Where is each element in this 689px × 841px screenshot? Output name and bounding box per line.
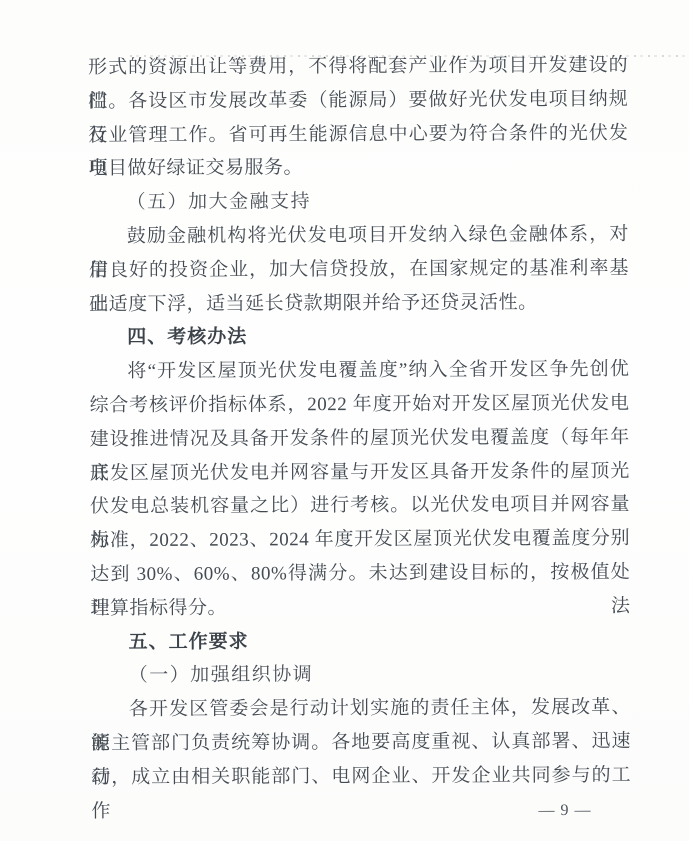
text-line: 各开发区管委会是行动计划实施的责任主体，发展改革、能 bbox=[91, 691, 631, 727]
text-line: 源主管部门负责统筹协调。各地要高度重视、认真部署、迅速行 bbox=[91, 725, 631, 761]
section-heading: 五、工作要求 bbox=[91, 623, 631, 659]
text-line: 用良好的投资企业，加大信贷投放，在国家规定的基准利率基础 bbox=[89, 252, 629, 288]
text-line: 行业管理工作。省可再生能源信息中心要为符合条件的光伏发电 bbox=[88, 116, 628, 152]
text-line: 槛。各设区市发展改革委（能源局）要做好光伏发电项目纳规及 bbox=[88, 83, 628, 119]
scanned-document-page: 形式的资源出让等费用，不得将配套产业作为项目开发建设的门 槛。各设区市发展改革委… bbox=[0, 0, 689, 841]
text-line: 建设推进情况及具备开发条件的屋顶光伏发电覆盖度（每年年底 bbox=[90, 421, 630, 457]
text-line: 标准，2022、2023、2024 年度开发区屋顶光伏发电覆盖度分别 bbox=[90, 522, 630, 558]
text-line: 综合考核评价指标体系，2022 年度开始对开发区屋顶光伏发电 bbox=[89, 387, 629, 423]
text-line: 伏发电总装机容量之比）进行考核。以光伏发电项目并网容量为 bbox=[90, 488, 630, 524]
text-line: 达到 30%、60%、80%得满分。未达到建设目标的，按极值处理法 bbox=[90, 556, 630, 592]
text-line: 开发区屋顶光伏发电并网容量与开发区具备开发条件的屋顶光 bbox=[90, 454, 630, 490]
text-line: 鼓励金融机构将光伏发电项目开发纳入绿色金融体系，对信 bbox=[89, 218, 629, 254]
document-body: 形式的资源出让等费用，不得将配套产业作为项目开发建设的门 槛。各设区市发展改革委… bbox=[88, 49, 631, 795]
text-line: 动，成立由相关职能部门、电网企业、开发企业共同参与的工作 bbox=[91, 759, 631, 795]
subsection-heading: （一）加强组织协调 bbox=[91, 657, 631, 693]
section-heading: 四、考核办法 bbox=[89, 319, 629, 355]
text-line: 上适度下浮，适当延长贷款期限并给予还贷灵活性。 bbox=[89, 285, 629, 321]
text-line: 将“开发区屋顶光伏发电覆盖度”纳入全省开发区争先创优 bbox=[89, 353, 629, 389]
subsection-heading: （五）加大金融支持 bbox=[89, 184, 629, 220]
text-line: 项目做好绿证交易服务。 bbox=[88, 150, 628, 186]
page-number: — 9 — bbox=[530, 798, 600, 824]
text-line: 形式的资源出让等费用，不得将配套产业作为项目开发建设的门 bbox=[88, 49, 628, 85]
